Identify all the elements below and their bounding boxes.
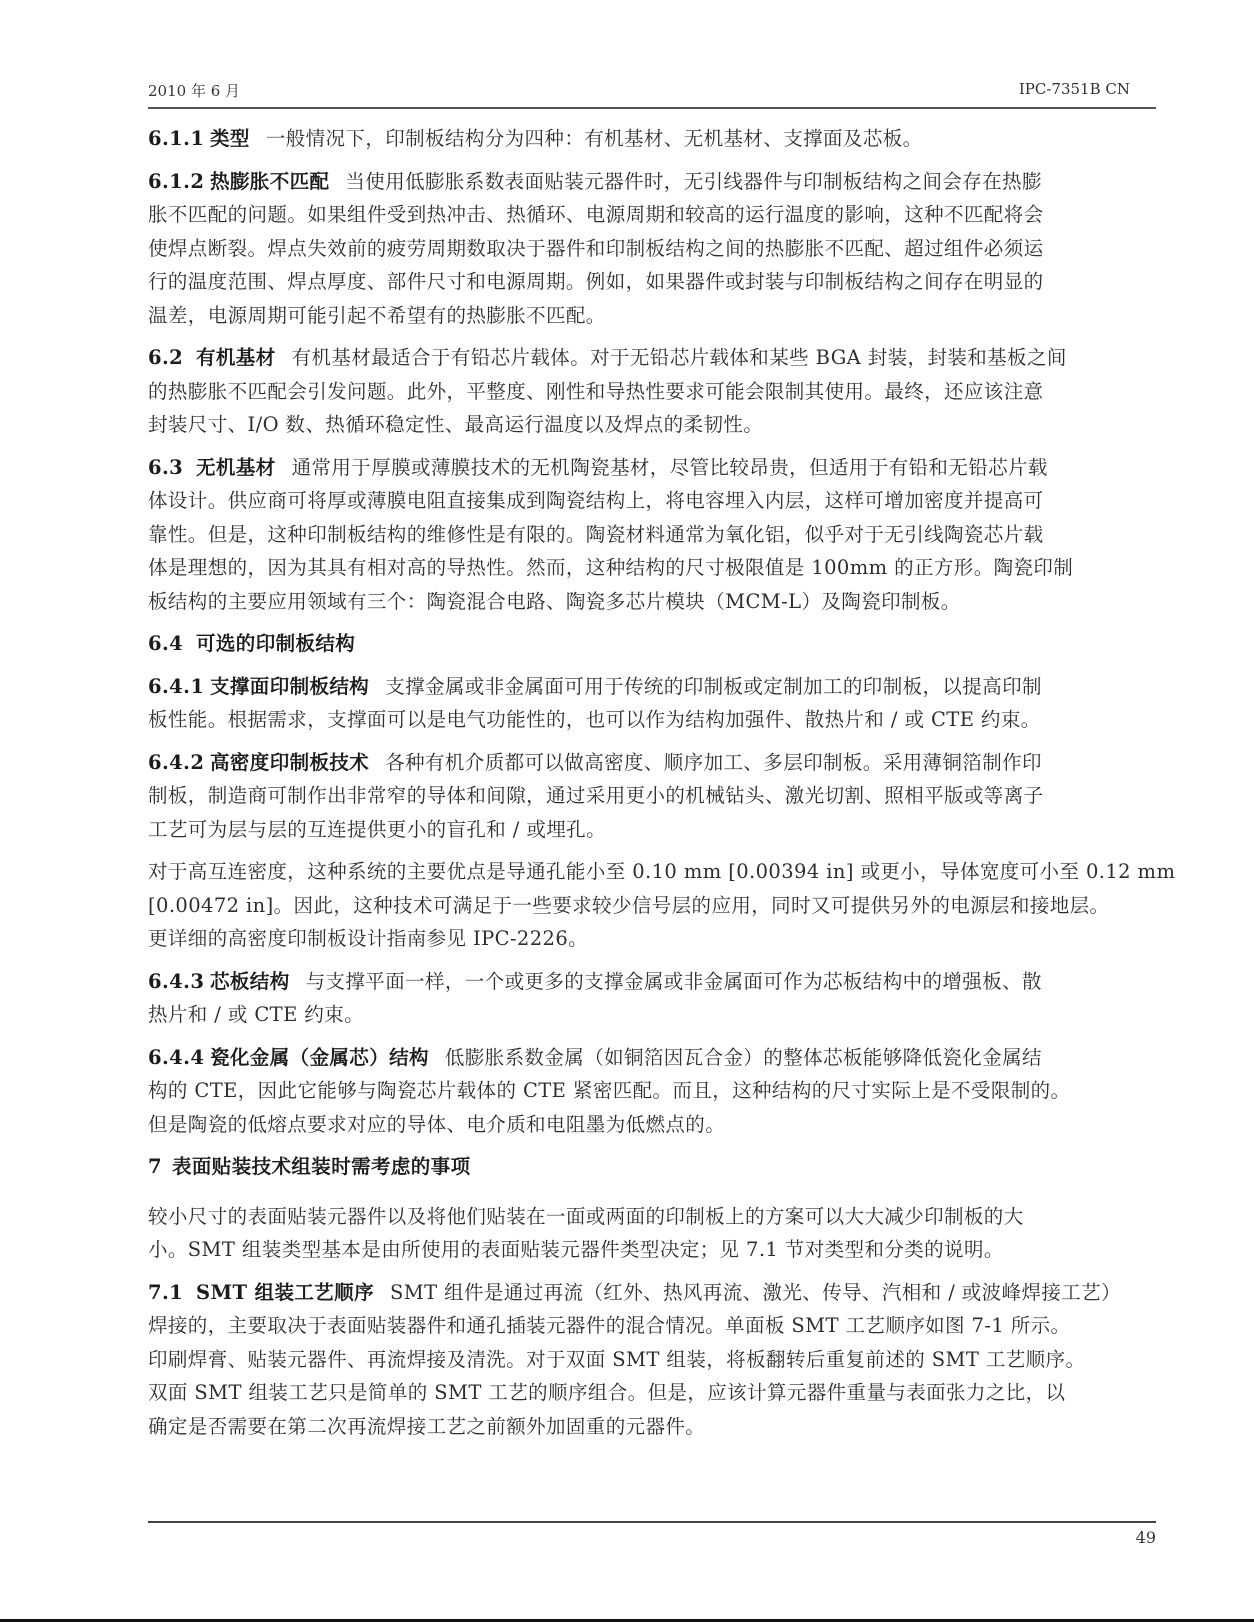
section-title: 可选的印制板结构 xyxy=(196,627,355,661)
page-number: 49 xyxy=(1080,1528,1156,1547)
section-title: 有机基材 xyxy=(196,341,276,375)
page-header: 2010 年 6 月 IPC-7351B CN xyxy=(148,80,1130,102)
section-title: 瓷化金属（金属芯）结构 xyxy=(210,1041,429,1075)
section-title: 类型 xyxy=(210,122,250,156)
body-text: 焊接的，主要取决于表面贴装器件和通孔插装元器件的混合情况。单面板 SMT 工艺顺… xyxy=(148,1309,1158,1343)
body-text: 确定是否需要在第二次再流焊接工艺之前额外加固重的元器件。 xyxy=(148,1410,1158,1444)
body-text: [0.00472 in]。因此，这种技术可满足于一些要求较少信号层的应用，同时又… xyxy=(148,889,1158,923)
body-text: 但是陶瓷的低熔点要求对应的导体、电介质和电阻墨为低燃点的。 xyxy=(148,1108,1158,1142)
section-6-4-3: 6.4.3芯板结构与支撑平面一样，一个或更多的支撑金属或非金属面可作为芯板结构中… xyxy=(148,965,1158,1032)
body-text: 一般情况下，印制板结构分为四种：有机基材、无机基材、支撑面及芯板。 xyxy=(266,127,923,150)
section-7-1: 7.1SMT 组装工艺顺序SMT 组件是通过再流（红外、热风再流、激光、传导、汽… xyxy=(148,1276,1158,1444)
body-text: 当使用低膨胀系数表面贴装元器件时，无引线器件与印制板结构之间会存在热膨 xyxy=(345,170,1042,193)
section-number: 6.4.1 xyxy=(148,670,210,704)
body-text: 温差，电源周期可能引起不希望有的热膨胀不匹配。 xyxy=(148,299,1158,333)
body-text: 热片和 / 或 CTE 约束。 xyxy=(148,998,1158,1032)
header-doc-id: IPC-7351B CN xyxy=(1019,80,1130,98)
section-number: 6.4.4 xyxy=(148,1041,210,1075)
header-date: 2010 年 6 月 xyxy=(148,80,240,101)
section-number: 6.2 xyxy=(148,341,196,375)
body-text: 与支撑平面一样，一个或更多的支撑金属或非金属面可作为芯板结构中的增强板、散 xyxy=(306,970,1042,993)
section-6-4-1: 6.4.1支撑面印制板结构支撑金属或非金属面可用于传统的印制板或定制加工的印制板… xyxy=(148,670,1158,737)
footer-rule xyxy=(148,1521,1156,1523)
section-title: 无机基材 xyxy=(196,451,276,485)
section-title: 芯板结构 xyxy=(210,965,290,999)
section-number: 7 xyxy=(148,1150,172,1184)
section-6-4-2: 6.4.2高密度印制板技术各种有机介质都可以做高密度、顺序加工、多层印制板。采用… xyxy=(148,746,1158,847)
section-7-intro: 较小尺寸的表面贴装元器件以及将他们贴装在一面或两面的印制板上的方案可以大大减少印… xyxy=(148,1200,1158,1267)
body-text: 对于高互连密度，这种系统的主要优点是导通孔能小至 0.10 mm [0.0039… xyxy=(148,855,1158,889)
section-6-3: 6.3无机基材通常用于厚膜或薄膜技术的无机陶瓷基材，尽管比较昂贵，但适用于有铅和… xyxy=(148,451,1158,619)
section-number: 6.3 xyxy=(148,451,196,485)
section-6-2: 6.2有机基材有机基材最适合于有铅芯片载体。对于无铅芯片载体和某些 BGA 封装… xyxy=(148,341,1158,442)
section-title: SMT 组装工艺顺序 xyxy=(196,1276,374,1310)
hdi-paragraph: 对于高互连密度，这种系统的主要优点是导通孔能小至 0.10 mm [0.0039… xyxy=(148,855,1158,956)
body-text: 板性能。根据需求，支撑面可以是电气功能性的，也可以作为结构加强件、散热片和 / … xyxy=(148,703,1158,737)
section-number: 6.1.1 xyxy=(148,122,210,156)
body-text: 双面 SMT 组装工艺只是简单的 SMT 工艺的顺序组合。但是，应该计算元器件重… xyxy=(148,1376,1158,1410)
section-title: 热膨胀不匹配 xyxy=(210,165,329,199)
body-text: 低膨胀系数金属（如铜箔因瓦合金）的整体芯板能够降低瓷化金属结 xyxy=(445,1046,1042,1069)
body-text: 胀不匹配的问题。如果组件受到热冲击、热循环、电源周期和较高的运行温度的影响，这种… xyxy=(148,198,1158,232)
body-text: SMT 组件是通过再流（红外、热风再流、激光、传导、汽相和 / 或波峰焊接工艺） xyxy=(390,1281,1121,1304)
body-text: 靠性。但是，这种印制板结构的维修性是有限的。陶瓷材料通常为氧化铝，似乎对于无引线… xyxy=(148,518,1158,552)
section-6-4-heading: 6.4可选的印制板结构 xyxy=(148,627,1158,661)
section-number: 6.4.3 xyxy=(148,965,210,999)
body-text: 有机基材最适合于有铅芯片载体。对于无铅芯片载体和某些 BGA 封装，封装和基板之… xyxy=(292,346,1067,369)
body-text: 制板，制造商可制作出非常窄的导体和间隙，通过采用更小的机械钻头、激光切割、照相平… xyxy=(148,779,1158,813)
section-number: 7.1 xyxy=(148,1276,196,1310)
body-text: 较小尺寸的表面贴装元器件以及将他们贴装在一面或两面的印制板上的方案可以大大减少印… xyxy=(148,1200,1158,1234)
body-text: 封装尺寸、I/O 数、热循环稳定性、最高运行温度以及焊点的柔韧性。 xyxy=(148,408,1158,442)
body-text: 行的温度范围、焊点厚度、部件尺寸和电源周期。例如，如果器件或封装与印制板结构之间… xyxy=(148,265,1158,299)
body-text: 小。SMT 组装类型基本是由所使用的表面贴装元器件类型决定；见 7.1 节对类型… xyxy=(148,1233,1158,1267)
section-7-heading: 7表面贴装技术组装时需考虑的事项 xyxy=(148,1150,1158,1184)
header-rule xyxy=(148,107,1156,109)
body-text: 各种有机介质都可以做高密度、顺序加工、多层印制板。采用薄铜箔制作印 xyxy=(385,751,1042,774)
body-text: 板结构的主要应用领域有三个：陶瓷混合电路、陶瓷多芯片模块（MCM-L）及陶瓷印制… xyxy=(148,585,1158,619)
section-number: 6.4.2 xyxy=(148,746,210,780)
section-number: 6.1.2 xyxy=(148,165,210,199)
page-body: 6.1.1类型一般情况下，印制板结构分为四种：有机基材、无机基材、支撑面及芯板。… xyxy=(148,122,1158,1443)
section-title: 表面贴装技术组装时需考虑的事项 xyxy=(172,1150,471,1184)
section-title: 高密度印制板技术 xyxy=(210,746,369,780)
document-page: 2010 年 6 月 IPC-7351B CN 6.1.1类型一般情况下，印制板… xyxy=(0,0,1254,1622)
body-text: 通常用于厚膜或薄膜技术的无机陶瓷基材，尽管比较昂贵，但适用于有铅和无铅芯片载 xyxy=(292,456,1048,479)
body-text: 更详细的高密度印制板设计指南参见 IPC-2226。 xyxy=(148,922,1158,956)
body-text: 印刷焊膏、贴装元器件、再流焊接及清洗。对于双面 SMT 组装，将板翻转后重复前述… xyxy=(148,1343,1158,1377)
section-6-4-4: 6.4.4瓷化金属（金属芯）结构低膨胀系数金属（如铜箔因瓦合金）的整体芯板能够降… xyxy=(148,1041,1158,1142)
body-text: 构的 CTE，因此它能够与陶瓷芯片载体的 CTE 紧密匹配。而且，这种结构的尺寸… xyxy=(148,1074,1158,1108)
body-text: 体是理想的，因为其具有相对高的导热性。然而，这种结构的尺寸极限值是 100mm … xyxy=(148,551,1158,585)
section-6-1-1: 6.1.1类型一般情况下，印制板结构分为四种：有机基材、无机基材、支撑面及芯板。 xyxy=(148,122,1158,156)
body-text: 工艺可为层与层的互连提供更小的盲孔和 / 或埋孔。 xyxy=(148,813,1158,847)
body-text: 支撑金属或非金属面可用于传统的印制板或定制加工的印制板，以提高印制 xyxy=(385,675,1042,698)
body-text: 体设计。供应商可将厚或薄膜电阻直接集成到陶瓷结构上，将电容埋入内层，这样可增加密… xyxy=(148,484,1158,518)
section-6-1-2: 6.1.2热膨胀不匹配当使用低膨胀系数表面贴装元器件时，无引线器件与印制板结构之… xyxy=(148,165,1158,333)
body-text: 的热膨胀不匹配会引发问题。此外，平整度、刚性和导热性要求可能会限制其使用。最终，… xyxy=(148,375,1158,409)
section-title: 支撑面印制板结构 xyxy=(210,670,369,704)
body-text: 使焊点断裂。焊点失效前的疲劳周期数取决于器件和印制板结构之间的热膨胀不匹配、超过… xyxy=(148,232,1158,266)
section-number: 6.4 xyxy=(148,627,196,661)
